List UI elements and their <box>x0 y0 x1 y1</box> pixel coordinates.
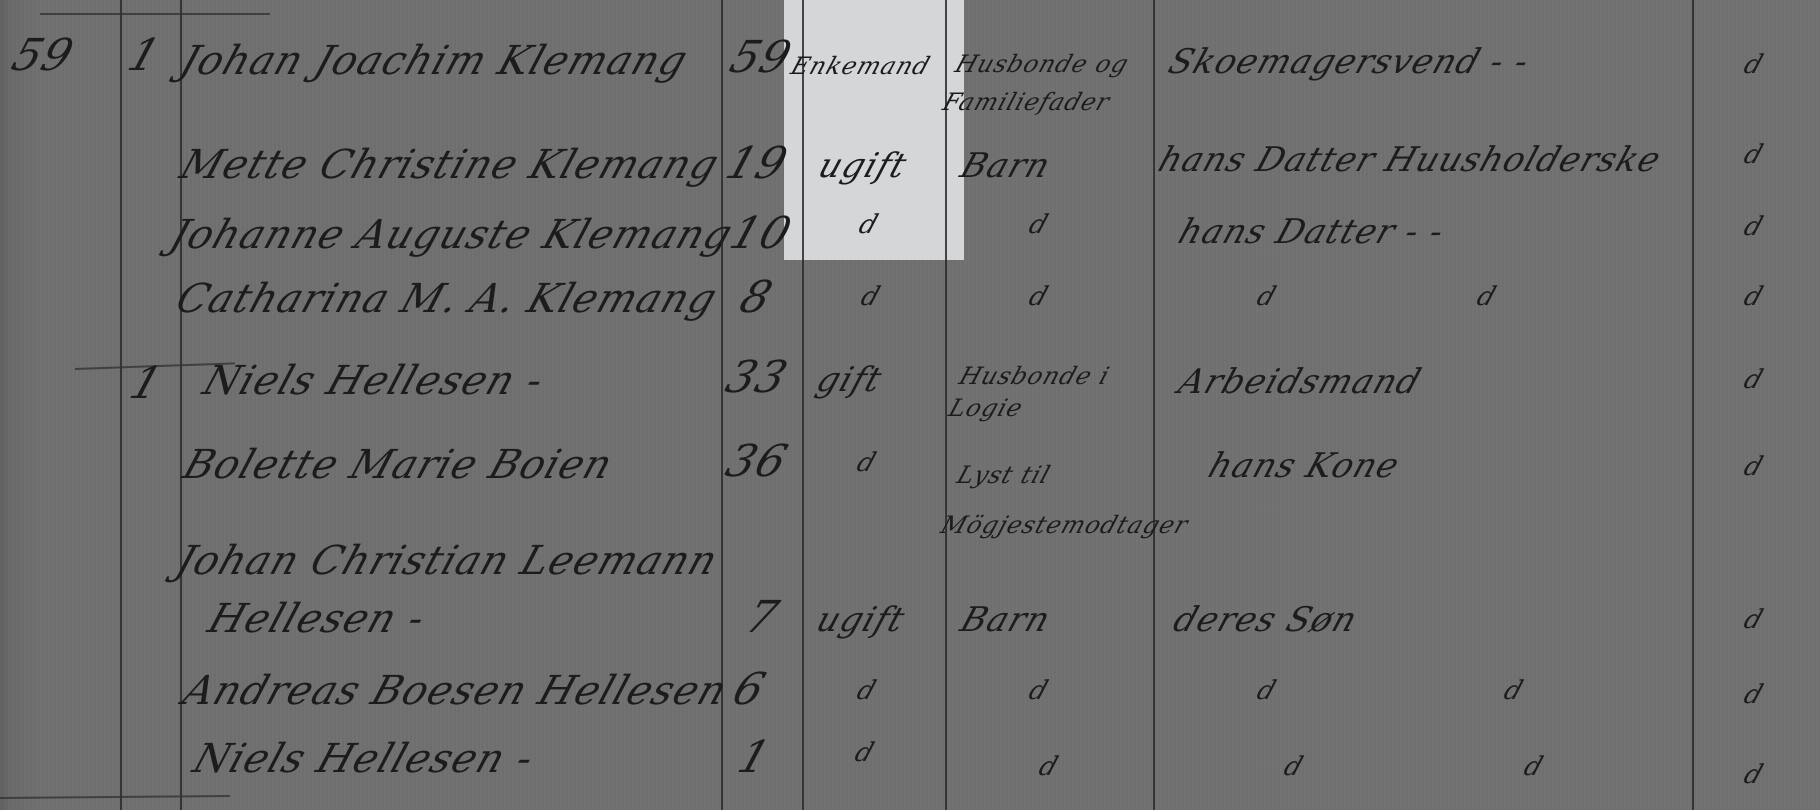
occupation: Arbeidsmand <box>1174 362 1427 402</box>
person-name: Niels Hellesen - <box>198 358 550 404</box>
column-rule-status <box>945 0 947 810</box>
marital-status: gift <box>812 360 888 400</box>
person-name: Johan Christian Leemann <box>171 538 724 584</box>
person-name: Johanne Auguste Klemang <box>165 212 739 258</box>
household-role: Barn <box>956 600 1056 640</box>
household-role: Barn <box>956 146 1056 186</box>
person-name: Johan Joachim Klemang <box>175 38 694 84</box>
household-role: Lyst til Mögjestemodtager <box>934 450 1166 550</box>
marital-status: ugift <box>814 146 913 186</box>
occupation: Skoemagersvend - - <box>1164 42 1535 82</box>
person-name: Andreas Boesen Hellesen <box>178 668 734 714</box>
household-separator-top <box>40 13 270 15</box>
person-name-continued: Hellesen - <box>203 596 432 642</box>
column-rule-family <box>180 0 182 810</box>
occupation: hans Kone <box>1204 446 1405 486</box>
occupation: hans Datter Huusholderske <box>1154 140 1667 180</box>
column-rule-age <box>802 0 804 810</box>
column-rule-household <box>120 0 122 810</box>
person-name: Bolette Marie Boien <box>178 442 619 488</box>
occupation: deres Søn <box>1169 600 1363 640</box>
occupation: hans Datter - - <box>1174 212 1450 252</box>
marital-status: ugift <box>812 600 911 640</box>
column-rule-occupation <box>1692 0 1694 810</box>
person-name: Niels Hellesen - <box>188 736 540 782</box>
person-name: Catharina M. A. Klemang <box>171 276 724 322</box>
column-rule-role <box>1153 0 1155 810</box>
household-role: Husbonde og Familiefader <box>938 45 1153 121</box>
household-role: Husbonde i Logie <box>945 360 1156 424</box>
marital-status: Enkemand <box>787 52 934 80</box>
person-name: Mette Christine Klemang <box>175 142 725 188</box>
